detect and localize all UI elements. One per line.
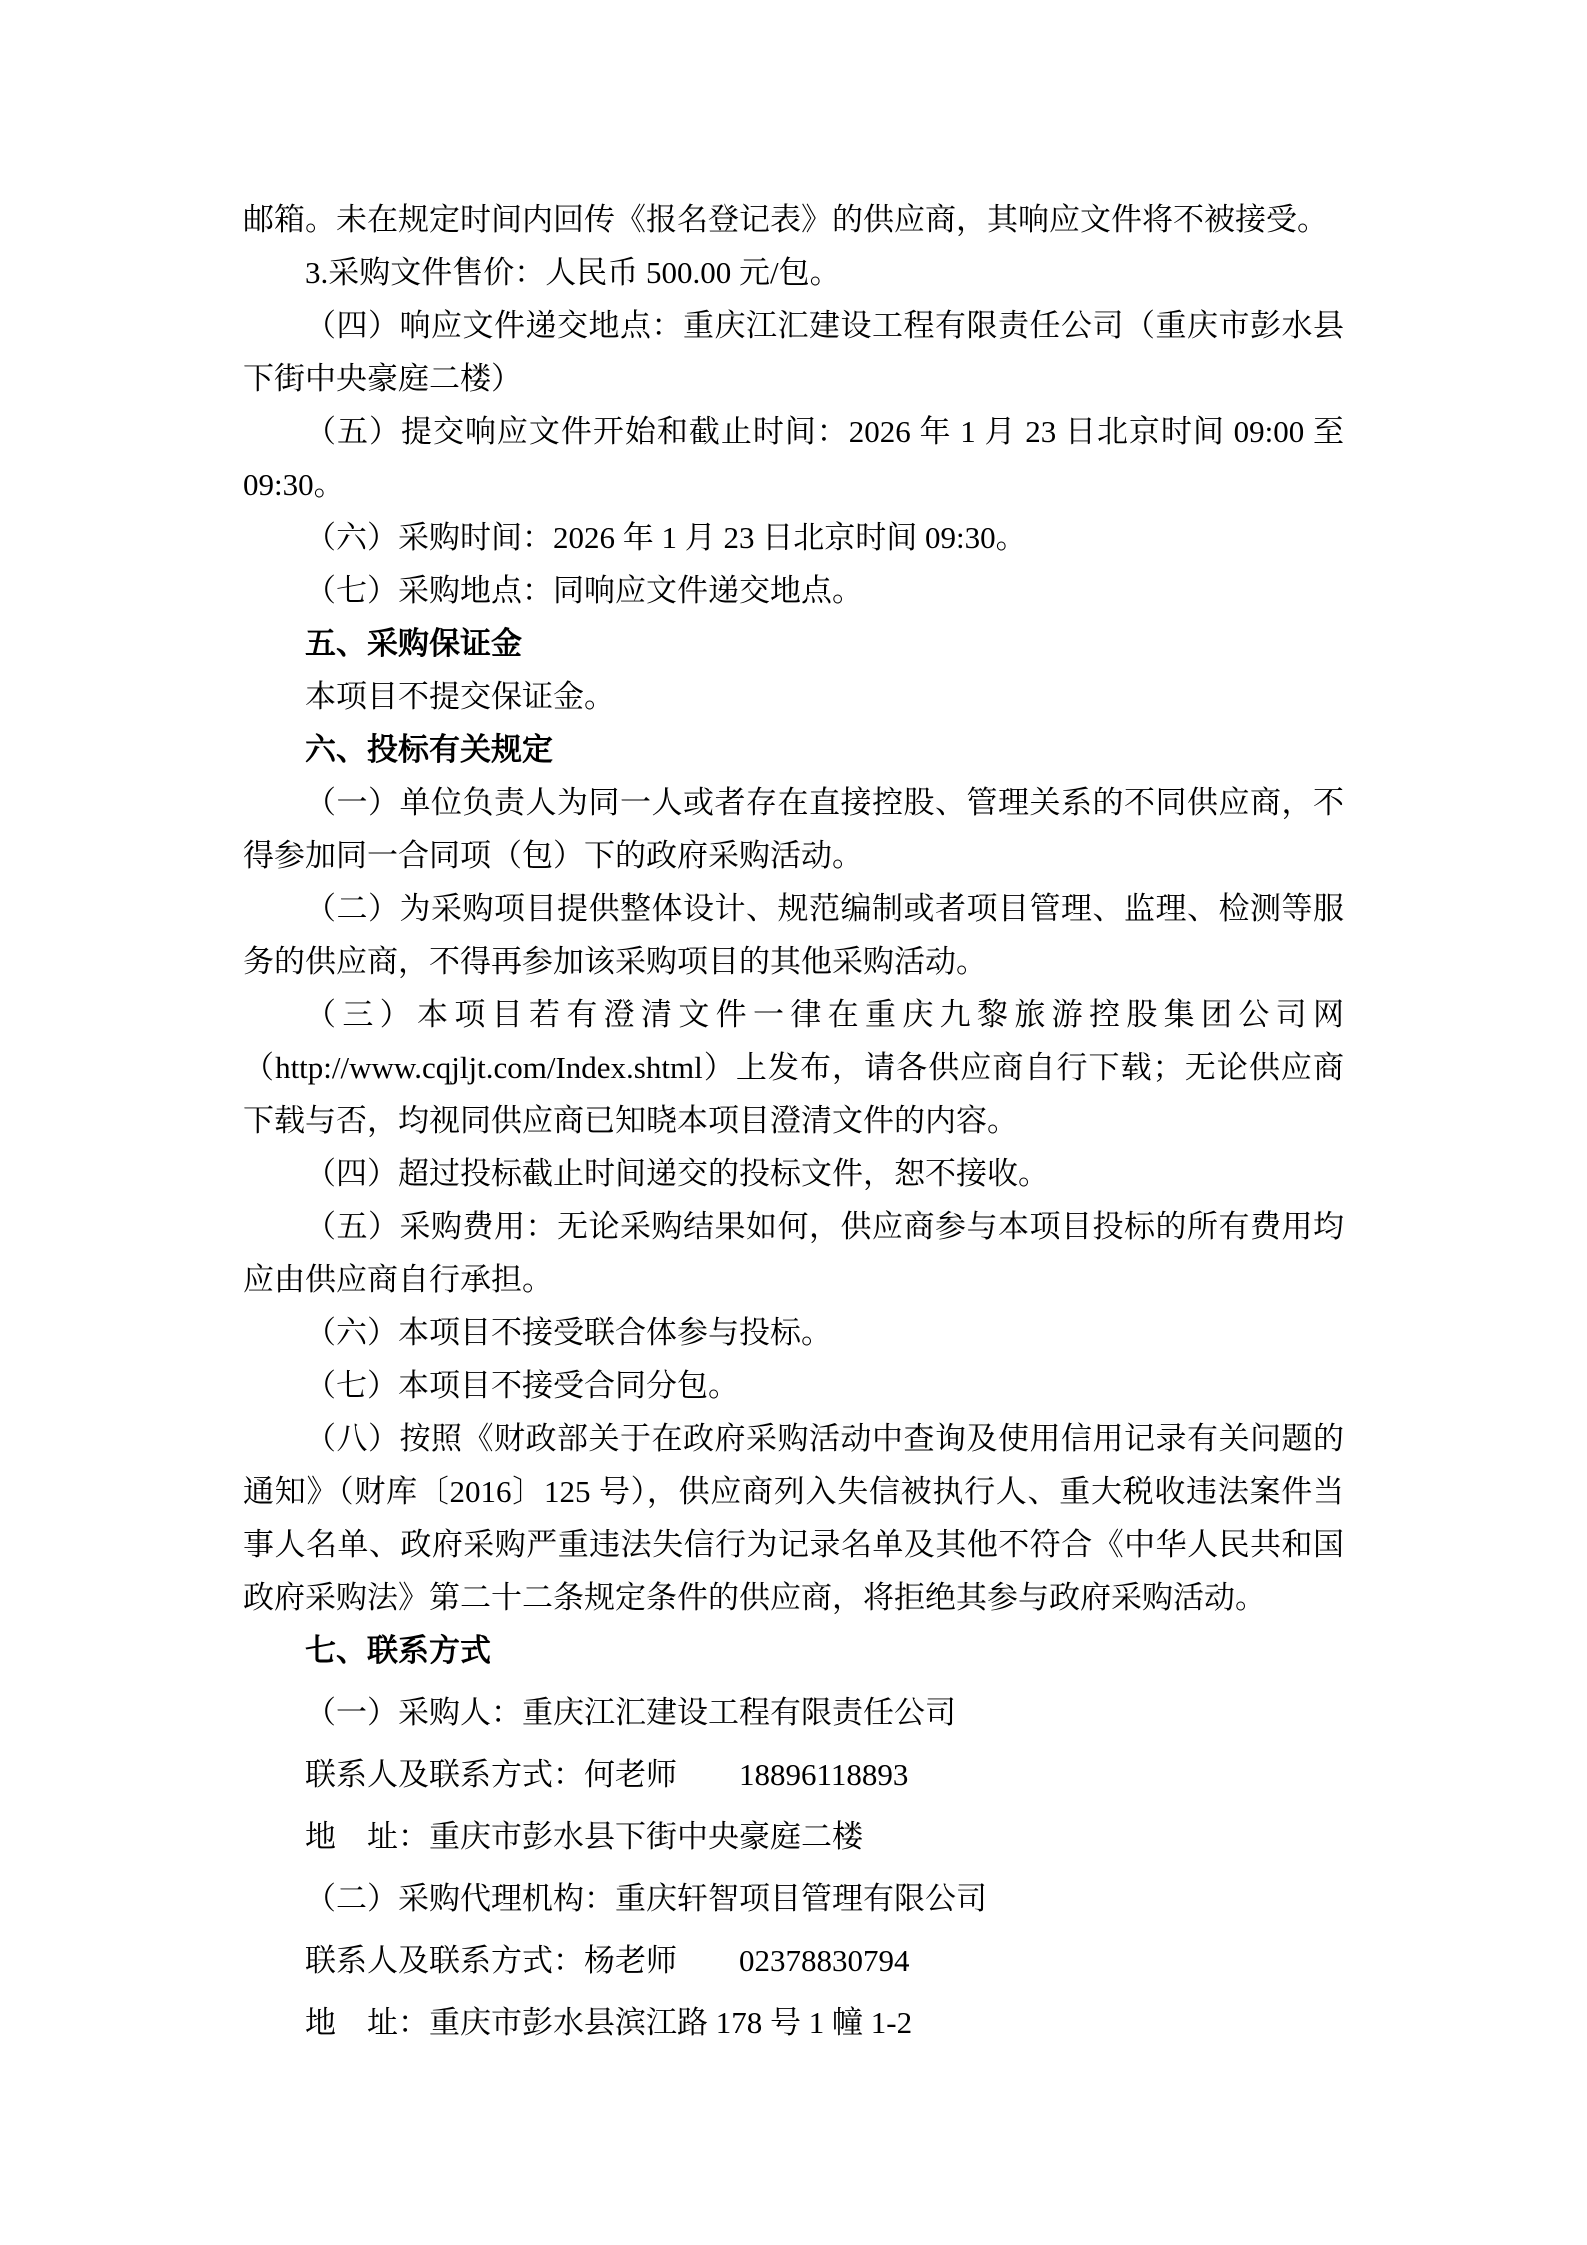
paragraph: （一）单位负责人为同一人或者存在直接控股、管理关系的不同供应商，不得参加同一合同…: [243, 776, 1344, 882]
paragraph: 3.采购文件售价：人民币 500.00 元/包。: [243, 246, 1344, 299]
paragraph: （二）为采购项目提供整体设计、规范编制或者项目管理、监理、检测等服务的供应商，不…: [243, 882, 1344, 988]
paragraph: （七）采购地点：同响应文件递交地点。: [243, 564, 1344, 617]
paragraph: （四）超过投标截止时间递交的投标文件，恕不接收。: [243, 1147, 1344, 1200]
section-heading-bid-rules: 六、投标有关规定: [243, 723, 1344, 776]
contact-line-purchaser-phone: 联系人及联系方式：何老师 18896118893: [243, 1748, 1344, 1801]
paragraph: （六）采购时间：2026 年 1 月 23 日北京时间 09:30。: [243, 511, 1344, 564]
section-heading-contact: 七、联系方式: [243, 1624, 1344, 1677]
paragraph-with-url: （三）本项目若有澄清文件一律在重庆九黎旅游控股集团公司网（http://www.…: [243, 988, 1344, 1147]
paragraph: （八）按照《财政部关于在政府采购活动中查询及使用信用记录有关问题的通知》（财库〔…: [243, 1412, 1344, 1624]
contact-line-agency-address: 地 址：重庆市彭水县滨江路 178 号 1 幢 1-2: [243, 1996, 1344, 2049]
contact-line-agency: （二）采购代理机构：重庆轩智项目管理有限公司: [243, 1872, 1344, 1925]
section-heading-deposit: 五、采购保证金: [243, 617, 1344, 670]
contact-line-agency-phone: 联系人及联系方式：杨老师 02378830794: [243, 1934, 1344, 1987]
paragraph: （四）响应文件递交地点：重庆江汇建设工程有限责任公司（重庆市彭水县下街中央豪庭二…: [243, 299, 1344, 405]
contact-line-purchaser: （一）采购人：重庆江汇建设工程有限责任公司: [243, 1686, 1344, 1739]
paragraph: （五）提交响应文件开始和截止时间：2026 年 1 月 23 日北京时间 09:…: [243, 405, 1344, 511]
paragraph: （六）本项目不接受联合体参与投标。: [243, 1306, 1344, 1359]
document-page: 邮箱。未在规定时间内回传《报名登记表》的供应商，其响应文件将不被接受。 3.采购…: [0, 0, 1587, 2245]
paragraph-continuation: 邮箱。未在规定时间内回传《报名登记表》的供应商，其响应文件将不被接受。: [243, 193, 1344, 246]
paragraph: 本项目不提交保证金。: [243, 670, 1344, 723]
contact-line-purchaser-address: 地 址：重庆市彭水县下街中央豪庭二楼: [243, 1810, 1344, 1863]
paragraph: （七）本项目不接受合同分包。: [243, 1359, 1344, 1412]
paragraph: （五）采购费用：无论采购结果如何，供应商参与本项目投标的所有费用均应由供应商自行…: [243, 1200, 1344, 1306]
